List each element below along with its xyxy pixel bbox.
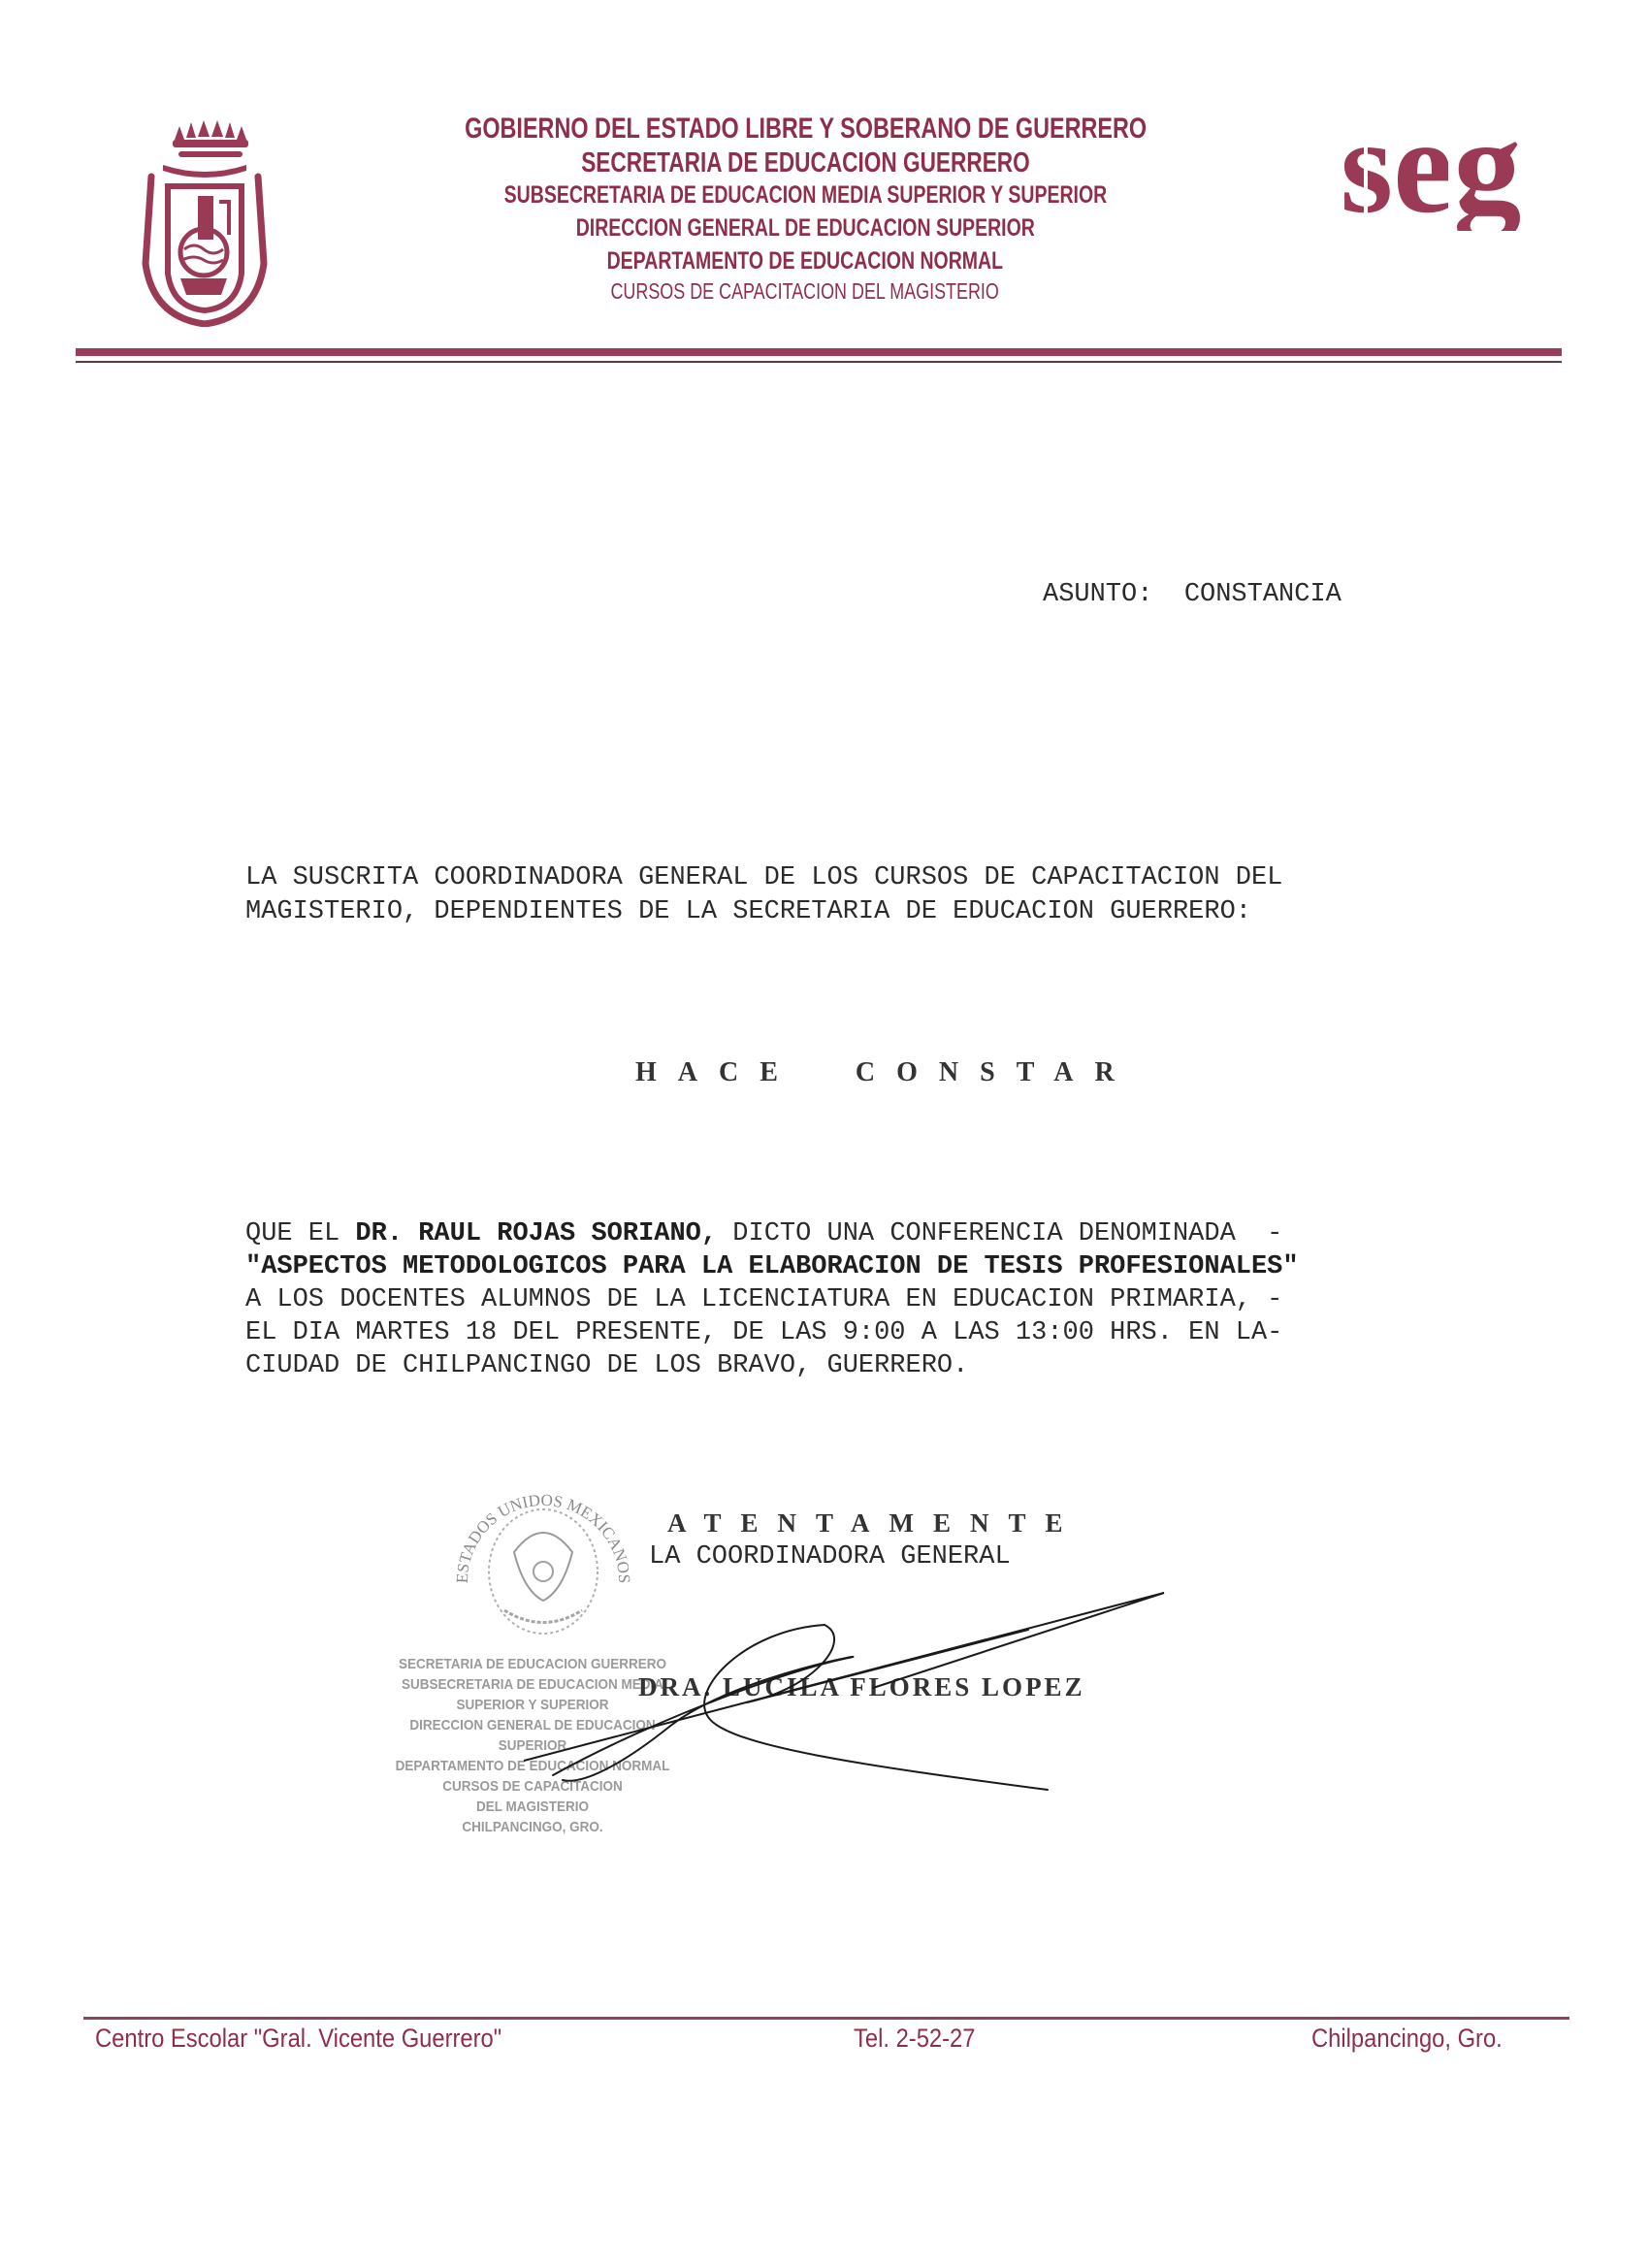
closing-salutation: ATENTAMENTE bbox=[667, 1508, 1083, 1539]
handwritten-signature-icon bbox=[524, 1581, 1183, 1795]
header-divider-thick bbox=[76, 348, 1562, 356]
subject-label: ASUNTO: bbox=[1043, 580, 1152, 609]
certificate-body: QUE EL DR. RAUL ROJAS SORIANO, DICTO UNA… bbox=[245, 1217, 1299, 1382]
header-line-direccion: DIRECCION GENERAL DE EDUCACION SUPERIOR bbox=[369, 214, 1242, 243]
speaker-name: DR. RAUL ROJAS SORIANO, bbox=[355, 1219, 717, 1248]
subject-line: ASUNTO: CONSTANCIA bbox=[1043, 580, 1342, 609]
footer-divider bbox=[83, 2017, 1569, 2020]
body-line: DICTO UNA CONFERENCIA DENOMINADA - bbox=[717, 1219, 1282, 1248]
header-line-subsecretaria: SUBSECRETARIA DE EDUCACION MEDIA SUPERIO… bbox=[369, 181, 1242, 210]
intro-paragraph: LA SUSCRITA COORDINADORA GENERAL DE LOS … bbox=[245, 861, 1282, 929]
header-divider-thin bbox=[76, 361, 1562, 363]
footer-phone: Tel. 2-52-27 bbox=[854, 2024, 975, 2054]
header-line-secretaria: SECRETARIA DE EDUCACION GUERRERO bbox=[369, 147, 1242, 179]
svg-text:ESTADOS UNIDOS MEXICANOS: ESTADOS UNIDOS MEXICANOS bbox=[453, 1491, 633, 1584]
stamp-line: DEL MAGISTERIO bbox=[393, 1797, 672, 1817]
body-line: A LOS DOCENTES ALUMNOS DE LA LICENCIATUR… bbox=[245, 1283, 1299, 1316]
subject-value: CONSTANCIA bbox=[1184, 580, 1342, 609]
certify-heading: HACE CONSTAR bbox=[635, 1057, 1136, 1088]
body-prefix: QUE EL bbox=[245, 1219, 355, 1248]
body-line: CIUDAD DE CHILPANCINGO DE LOS BRAVO, GUE… bbox=[245, 1349, 1299, 1382]
header-line-government: GOBIERNO DEL ESTADO LIBRE Y SOBERANO DE … bbox=[369, 113, 1242, 146]
coat-of-arms-logo-icon bbox=[134, 118, 275, 327]
conference-title: "ASPECTOS METODOLOGICOS PARA LA ELABORAC… bbox=[245, 1252, 1299, 1281]
body-line: EL DIA MARTES 18 DEL PRESENTE, DE LAS 9:… bbox=[245, 1316, 1299, 1349]
header-line-cursos: CURSOS DE CAPACITACION DEL MAGISTERIO bbox=[369, 278, 1242, 305]
footer-address: Centro Escolar "Gral. Vicente Guerrero" bbox=[95, 2024, 501, 2054]
intro-line: MAGISTERIO, DEPENDIENTES DE LA SECRETARI… bbox=[245, 895, 1282, 929]
footer-city: Chilpancingo, Gro. bbox=[1311, 2024, 1503, 2054]
seg-brand-logo-icon: seg bbox=[1300, 114, 1562, 231]
signatory-role: LA COORDINADORA GENERAL bbox=[649, 1542, 1011, 1571]
header-line-departamento: DEPARTAMENTO DE EDUCACION NORMAL bbox=[369, 247, 1242, 275]
intro-line: LA SUSCRITA COORDINADORA GENERAL DE LOS … bbox=[245, 861, 1282, 895]
stamp-line: CHILPANCINGO, GRO. bbox=[393, 1817, 672, 1837]
